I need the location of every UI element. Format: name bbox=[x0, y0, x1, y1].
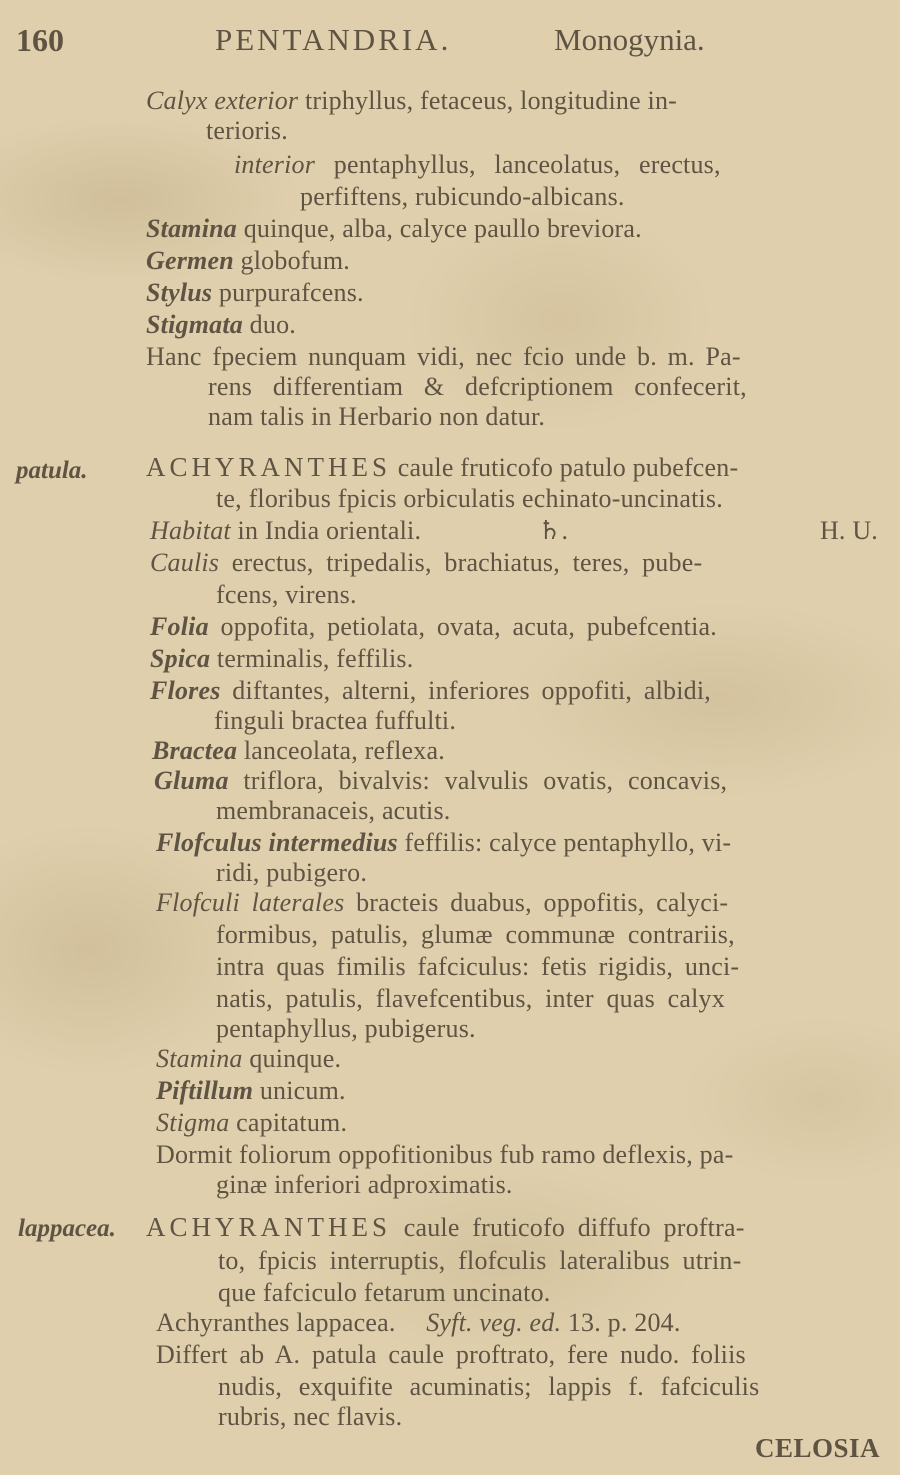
term-label: Piftillum bbox=[156, 1076, 253, 1105]
text-line: Flofculi laterales bracteis duabus, oppo… bbox=[156, 888, 728, 918]
term-text: pentaphyllus, lanceolatus, erectus, bbox=[315, 150, 721, 179]
genus-name: ACHYRANTHES bbox=[146, 452, 391, 482]
text-line: Calyx exterior triphyllus, fetaceus, lon… bbox=[146, 86, 876, 116]
book-page: 160 PENTANDRIA. Monogynia. Calyx exterio… bbox=[0, 0, 900, 1475]
term-label: Gluma bbox=[154, 766, 229, 795]
habitat-label: Habitat bbox=[150, 516, 231, 545]
text-line: pentaphyllus, pubigerus. bbox=[216, 1014, 476, 1044]
term-label: Folia bbox=[150, 612, 209, 641]
synonym-location: 13. p. 204. bbox=[561, 1308, 680, 1337]
text-line: Caulis erectus, tripedalis, brachiatus, … bbox=[150, 548, 702, 578]
term-text: unicum. bbox=[253, 1076, 346, 1105]
term-label: Stigma bbox=[156, 1108, 229, 1137]
text-line: terioris. bbox=[206, 116, 288, 146]
term-text: bracteis duabus, oppofitis, calyci- bbox=[344, 888, 728, 917]
text-line: Stigmata duo. bbox=[146, 310, 296, 340]
text-line: Hanc fpeciem nunquam vidi, nec fcio unde… bbox=[146, 342, 880, 372]
text-line: Gluma triflora, bivalvis: valvulis ovati… bbox=[154, 766, 727, 796]
diagnosis-text: te, floribus fpicis orbiculatis echinato… bbox=[216, 484, 723, 513]
term-label: Stamina bbox=[146, 214, 237, 243]
text-line: rubris, nec flavis. bbox=[218, 1402, 402, 1432]
term-text: terioris. bbox=[206, 116, 288, 145]
running-head-class: PENTANDRIA. bbox=[215, 22, 451, 58]
term-text: triflora, bivalvis: valvulis ovatis, con… bbox=[229, 766, 728, 795]
text-line: natis, patulis, flavefcentibus, inter qu… bbox=[216, 984, 725, 1014]
term-label: Spica bbox=[150, 644, 210, 673]
term-text: fcens, virens. bbox=[216, 580, 357, 609]
note-text: rubris, nec flavis. bbox=[218, 1402, 402, 1431]
diagnosis-line: ACHYRANTHES caule fruticofo diffufo prof… bbox=[146, 1212, 745, 1243]
note-text: Differt ab A. patula caule proftrato, fe… bbox=[156, 1340, 746, 1369]
synonym-name: Achyranthes lappacea. bbox=[156, 1308, 396, 1337]
term-text: pentaphyllus, pubigerus. bbox=[216, 1014, 476, 1043]
term-text: feffilis: calyce pentaphyllo, vi- bbox=[398, 828, 731, 857]
shrub-symbol-icon: ♄. bbox=[538, 516, 568, 546]
note-text: nam talis in Herbario non datur. bbox=[208, 402, 545, 431]
text-line: ginæ inferiori adproximatis. bbox=[216, 1170, 513, 1200]
term-label: Flofculus intermedius bbox=[156, 828, 398, 857]
term-text: capitatum. bbox=[229, 1108, 347, 1137]
text-line: Flofculus intermedius feffilis: calyce p… bbox=[156, 828, 731, 858]
term-text: perfiftens, rubicundo-albicans. bbox=[300, 182, 625, 211]
term-label: Germen bbox=[146, 246, 234, 275]
term-text: triphyllus, fetaceus, longitudine in- bbox=[298, 86, 677, 115]
term-label: Caulis bbox=[150, 548, 219, 577]
term-text: natis, patulis, flavefcentibus, inter qu… bbox=[216, 984, 725, 1013]
term-text: quinque, alba, calyce paullo breviora. bbox=[237, 214, 642, 243]
text-line: Stigma capitatum. bbox=[156, 1108, 347, 1138]
term-text: erectus, tripedalis, brachiatus, teres, … bbox=[219, 548, 702, 577]
habitat-line: Habitat in India orientali. ♄. H. U. bbox=[150, 516, 878, 546]
note-text: Hanc fpeciem nunquam vidi, nec fcio unde… bbox=[146, 342, 741, 371]
text-line: nam talis in Herbario non datur. bbox=[208, 402, 545, 432]
term-text: diftantes, alterni, inferiores oppofiti,… bbox=[221, 676, 711, 705]
page-number: 160 bbox=[16, 22, 64, 58]
text-line: intra quas fimilis fafciculus: fetis rig… bbox=[216, 952, 739, 982]
term-text: ridi, pubigero. bbox=[216, 858, 367, 887]
synonym-line: Achyranthes lappacea. Syft. veg. ed. 13.… bbox=[156, 1308, 681, 1338]
term-label: Flofculi laterales bbox=[156, 888, 344, 917]
term-label: Bractea bbox=[152, 736, 237, 765]
term-label: Stigmata bbox=[146, 310, 243, 339]
species-margin-name: lappacea. bbox=[18, 1214, 116, 1244]
term-label: Calyx exterior bbox=[146, 86, 298, 115]
term-text: intra quas fimilis fafciculus: fetis rig… bbox=[216, 952, 739, 981]
term-label: Stamina bbox=[156, 1044, 243, 1073]
diagnosis-line: to, fpicis interruptis, flofculis latera… bbox=[218, 1246, 741, 1276]
text-line: ridi, pubigero. bbox=[216, 858, 367, 888]
text-line: Dormit foliorum oppofitionibus fub ramo … bbox=[156, 1140, 733, 1170]
species-margin-name: patula. bbox=[16, 456, 88, 486]
note-text: ginæ inferiori adproximatis. bbox=[216, 1170, 513, 1199]
term-text: duo. bbox=[243, 310, 296, 339]
habitat-source: H. U. bbox=[820, 516, 878, 546]
text-line: Stamina quinque. bbox=[156, 1044, 341, 1074]
text-line: fcens, virens. bbox=[216, 580, 357, 610]
text-line: rens differentiam & defcriptionem confec… bbox=[208, 372, 747, 402]
text-line: Bractea lanceolata, reflexa. bbox=[152, 736, 445, 766]
synonym-reference: Syft. veg. ed. bbox=[426, 1308, 561, 1337]
diagnosis-line: ACHYRANTHES caule fruticofo patulo pubef… bbox=[146, 452, 738, 483]
term-label: interior bbox=[234, 150, 315, 179]
text-line: nudis, exquifite acuminatis; lappis f. f… bbox=[218, 1372, 759, 1402]
text-line: Germen globofum. bbox=[146, 246, 350, 276]
habitat-text: in India orientali. bbox=[231, 516, 421, 545]
diagnosis-line: que fafciculo fetarum uncinato. bbox=[218, 1278, 551, 1308]
note-text: rens differentiam & defcriptionem confec… bbox=[208, 372, 747, 401]
note-text: nudis, exquifite acuminatis; lappis f. f… bbox=[218, 1372, 759, 1401]
text-line: Spica terminalis, feffilis. bbox=[150, 644, 413, 674]
term-label: Stylus bbox=[146, 278, 212, 307]
note-text: Dormit foliorum oppofitionibus fub ramo … bbox=[156, 1140, 733, 1169]
text-line: Flores diftantes, alterni, inferiores op… bbox=[150, 676, 711, 706]
term-text: terminalis, feffilis. bbox=[210, 644, 413, 673]
genus-name: ACHYRANTHES bbox=[146, 1212, 391, 1242]
text-line: Folia oppofita, petiolata, ovata, acuta,… bbox=[150, 612, 717, 642]
text-line: Piftillum unicum. bbox=[156, 1076, 346, 1106]
text-line: finguli bractea fuffulti. bbox=[214, 706, 456, 736]
term-text: globofum. bbox=[234, 246, 350, 275]
diagnosis-text: to, fpicis interruptis, flofculis latera… bbox=[218, 1246, 741, 1275]
term-text: lanceolata, reflexa. bbox=[237, 736, 445, 765]
text-line: Stamina quinque, alba, calyce paullo bre… bbox=[146, 214, 642, 244]
text-line: Differt ab A. patula caule proftrato, fe… bbox=[156, 1340, 746, 1370]
diagnosis-text: caule fruticofo diffufo proftra- bbox=[391, 1213, 745, 1242]
term-text: finguli bractea fuffulti. bbox=[214, 706, 456, 735]
term-text: quinque. bbox=[243, 1044, 342, 1073]
term-text: purpurafcens. bbox=[212, 278, 364, 307]
term-text: oppofita, petiolata, ovata, acuta, pubef… bbox=[209, 612, 717, 641]
diagnosis-line: te, floribus fpicis orbiculatis echinato… bbox=[216, 484, 723, 514]
catchword: CELOSIA bbox=[755, 1432, 880, 1464]
text-line: perfiftens, rubicundo-albicans. bbox=[300, 182, 625, 212]
diagnosis-text: que fafciculo fetarum uncinato. bbox=[218, 1278, 551, 1307]
term-text: membranaceis, acutis. bbox=[216, 796, 451, 825]
term-text: formibus, patulis, glumæ communæ contrar… bbox=[216, 920, 735, 949]
text-line: interior pentaphyllus, lanceolatus, erec… bbox=[234, 150, 721, 180]
running-head-order: Monogynia. bbox=[554, 22, 705, 58]
text-line: membranaceis, acutis. bbox=[216, 796, 451, 826]
term-label: Flores bbox=[150, 676, 221, 705]
text-line: Stylus purpurafcens. bbox=[146, 278, 364, 308]
diagnosis-text: caule fruticofo patulo pubefcen- bbox=[391, 453, 738, 482]
text-line: formibus, patulis, glumæ communæ contrar… bbox=[216, 920, 735, 950]
